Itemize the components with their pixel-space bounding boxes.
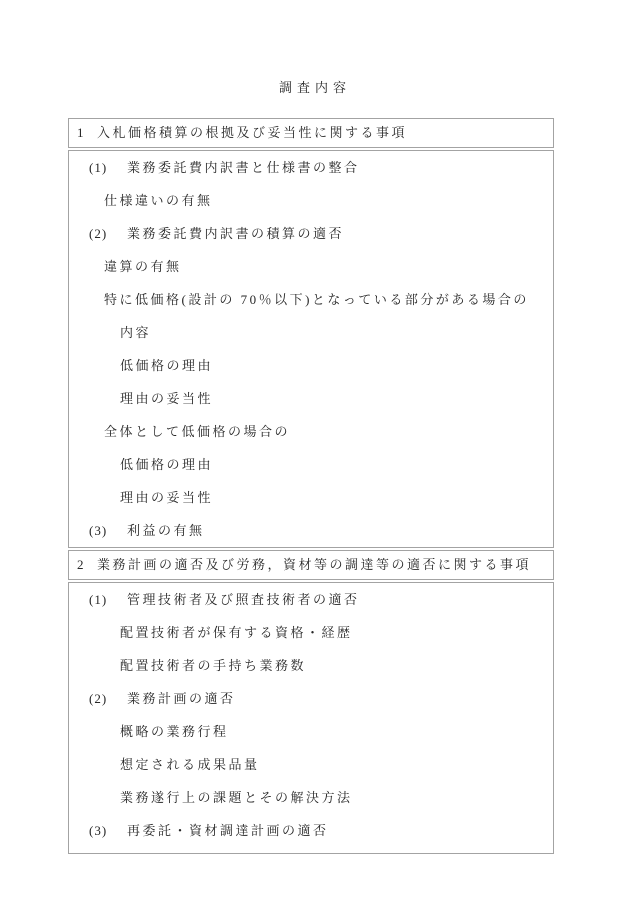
survey-line: (3)再委託・資材調達計画の適否 — [69, 814, 553, 847]
item-text: 仕様違いの有無 — [104, 193, 213, 208]
item-text: 配置技術者の手持ち業務数 — [120, 658, 306, 673]
section-2-number: 2 — [69, 551, 97, 579]
item-text: 違算の有無 — [104, 259, 182, 274]
survey-line: 理由の妥当性 — [69, 481, 553, 514]
item-text: 理由の妥当性 — [120, 490, 213, 505]
item-text: 想定される成果品量 — [120, 757, 260, 772]
item-text: 特に低価格(設計の 70％以下)となっている部分がある場合の — [104, 292, 529, 307]
section-2-header: 2業務計画の適否及び労務，資材等の調達等の適否に関する事項 — [68, 550, 554, 580]
item-text: 低価格の理由 — [120, 457, 213, 472]
survey-line: (3)利益の有無 — [69, 514, 553, 547]
item-text: 低価格の理由 — [120, 358, 213, 373]
section-1-title: 入札価格積算の根拠及び妥当性に関する事項 — [97, 125, 407, 140]
item-text: 業務遂行上の課題とその解決方法 — [120, 790, 353, 805]
survey-line: 違算の有無 — [69, 250, 553, 283]
item-text: 利益の有無 — [127, 523, 205, 538]
survey-line: 配置技術者が保有する資格・経歴 — [69, 616, 553, 649]
item-label: (3) — [89, 514, 127, 547]
survey-line: 低価格の理由 — [69, 448, 553, 481]
section-1-header: 1入札価格積算の根拠及び妥当性に関する事項 — [68, 118, 554, 148]
item-text: 業務委託費内訳書の積算の適否 — [127, 226, 344, 241]
survey-line: 業務遂行上の課題とその解決方法 — [69, 781, 553, 814]
survey-table: 1入札価格積算の根拠及び妥当性に関する事項 (1)業務委託費内訳書と仕様書の整合… — [68, 118, 554, 854]
item-label: (2) — [89, 682, 127, 715]
survey-line: (2)業務計画の適否 — [69, 682, 553, 715]
item-text: 配置技術者が保有する資格・経歴 — [120, 625, 353, 640]
item-label: (1) — [89, 583, 127, 616]
survey-line: 内容 — [69, 316, 553, 349]
page-title: 調査内容 — [0, 80, 630, 96]
survey-line: 想定される成果品量 — [69, 748, 553, 781]
item-label: (3) — [89, 814, 127, 847]
item-text: 全体として低価格の場合の — [104, 424, 290, 439]
survey-line: 理由の妥当性 — [69, 382, 553, 415]
item-text: 業務委託費内訳書と仕様書の整合 — [127, 160, 360, 175]
item-text: 業務計画の適否 — [127, 691, 236, 706]
survey-line: 全体として低価格の場合の — [69, 415, 553, 448]
survey-line: 低価格の理由 — [69, 349, 553, 382]
survey-line: 配置技術者の手持ち業務数 — [69, 649, 553, 682]
item-text: 内容 — [120, 325, 151, 340]
section-2-content: (1)管理技術者及び照査技術者の適否 配置技術者が保有する資格・経歴 配置技術者… — [68, 582, 554, 854]
section-1-content: (1)業務委託費内訳書と仕様書の整合 仕様違いの有無 (2)業務委託費内訳書の積… — [68, 150, 554, 548]
section-1-number: 1 — [69, 119, 97, 147]
item-text: 再委託・資材調達計画の適否 — [127, 823, 329, 838]
survey-line: (1)業務委託費内訳書と仕様書の整合 — [69, 151, 553, 184]
item-text: 理由の妥当性 — [120, 391, 213, 406]
item-text: 概略の業務行程 — [120, 724, 229, 739]
section-2-title: 業務計画の適否及び労務，資材等の調達等の適否に関する事項 — [97, 557, 531, 572]
survey-line: 概略の業務行程 — [69, 715, 553, 748]
document-page: 調査内容 1入札価格積算の根拠及び妥当性に関する事項 (1)業務委託費内訳書と仕… — [0, 0, 630, 915]
item-text: 管理技術者及び照査技術者の適否 — [127, 592, 360, 607]
item-label: (1) — [89, 151, 127, 184]
survey-line: 仕様違いの有無 — [69, 184, 553, 217]
item-label: (2) — [89, 217, 127, 250]
survey-line: (2)業務委託費内訳書の積算の適否 — [69, 217, 553, 250]
survey-line: 特に低価格(設計の 70％以下)となっている部分がある場合の — [69, 283, 553, 316]
survey-line: (1)管理技術者及び照査技術者の適否 — [69, 583, 553, 616]
